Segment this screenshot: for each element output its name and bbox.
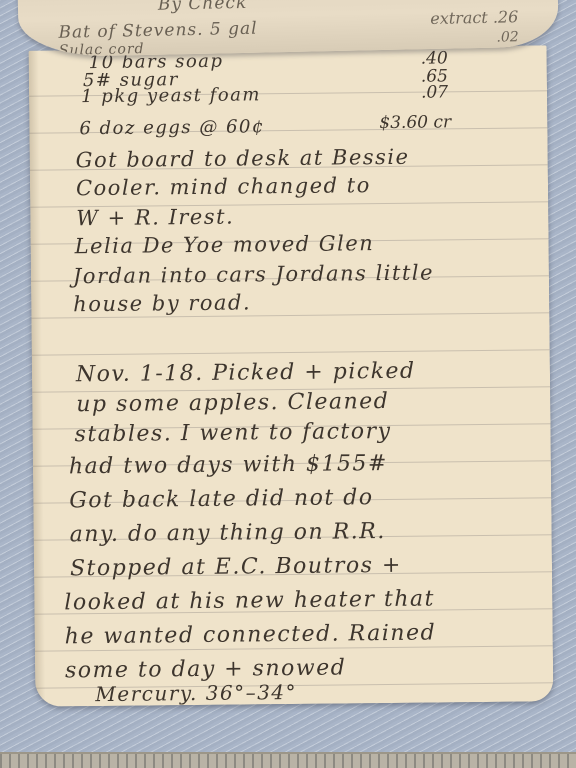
table-edge [0, 752, 576, 768]
entry-line: house by road. [73, 290, 251, 316]
entry-line: Lelia De Yoe moved Glen [75, 231, 375, 258]
prev-page-amount: .02 [496, 29, 519, 45]
entry-line: Nov. 1-18. Picked + picked [76, 359, 416, 388]
entry-line: some to day + snowed [65, 655, 346, 683]
mercury-reading: Mercury. 36°–34° [95, 680, 297, 706]
prev-page-amount: extract .26 [430, 7, 518, 28]
expense-amount: .07 [421, 82, 448, 102]
entry-line: Stopped at E.C. Boutros + [70, 553, 402, 581]
prev-page-line: Bat of Stevens. 5 gal [58, 19, 258, 43]
entry-line: had two days with $155# [69, 451, 388, 479]
entry-line: Got board to desk at Bessie [76, 145, 410, 172]
entry-line: any. do any thing on R.R. [70, 519, 386, 547]
entry-line: looked at his new heater that [64, 587, 435, 616]
entry-line: he wanted connected. Rained [65, 620, 437, 649]
notebook-page: 10 bars soap .40 5# sugar .65 1 pkg yeas… [29, 45, 554, 706]
entry-line: Cooler. mind changed to [76, 173, 371, 200]
prev-page-line: By Check [158, 0, 248, 15]
expense-amount: $3.60 cr [379, 112, 451, 133]
entry-line: stables. I went to factory [74, 419, 391, 447]
entry-line: up some apples. Cleaned [76, 389, 389, 417]
expense-item: 6 doz eggs @ 60¢ [79, 116, 265, 139]
entry-line: W + R. Irest. [76, 205, 234, 231]
page-binding-shadow [29, 51, 46, 707]
entry-line: Jordan into cars Jordans little [73, 260, 434, 288]
expense-item: 1 pkg yeast foam [81, 84, 261, 107]
entry-line: Got back late did not do [69, 485, 374, 513]
prev-page-line: Sulac cord [59, 41, 145, 58]
